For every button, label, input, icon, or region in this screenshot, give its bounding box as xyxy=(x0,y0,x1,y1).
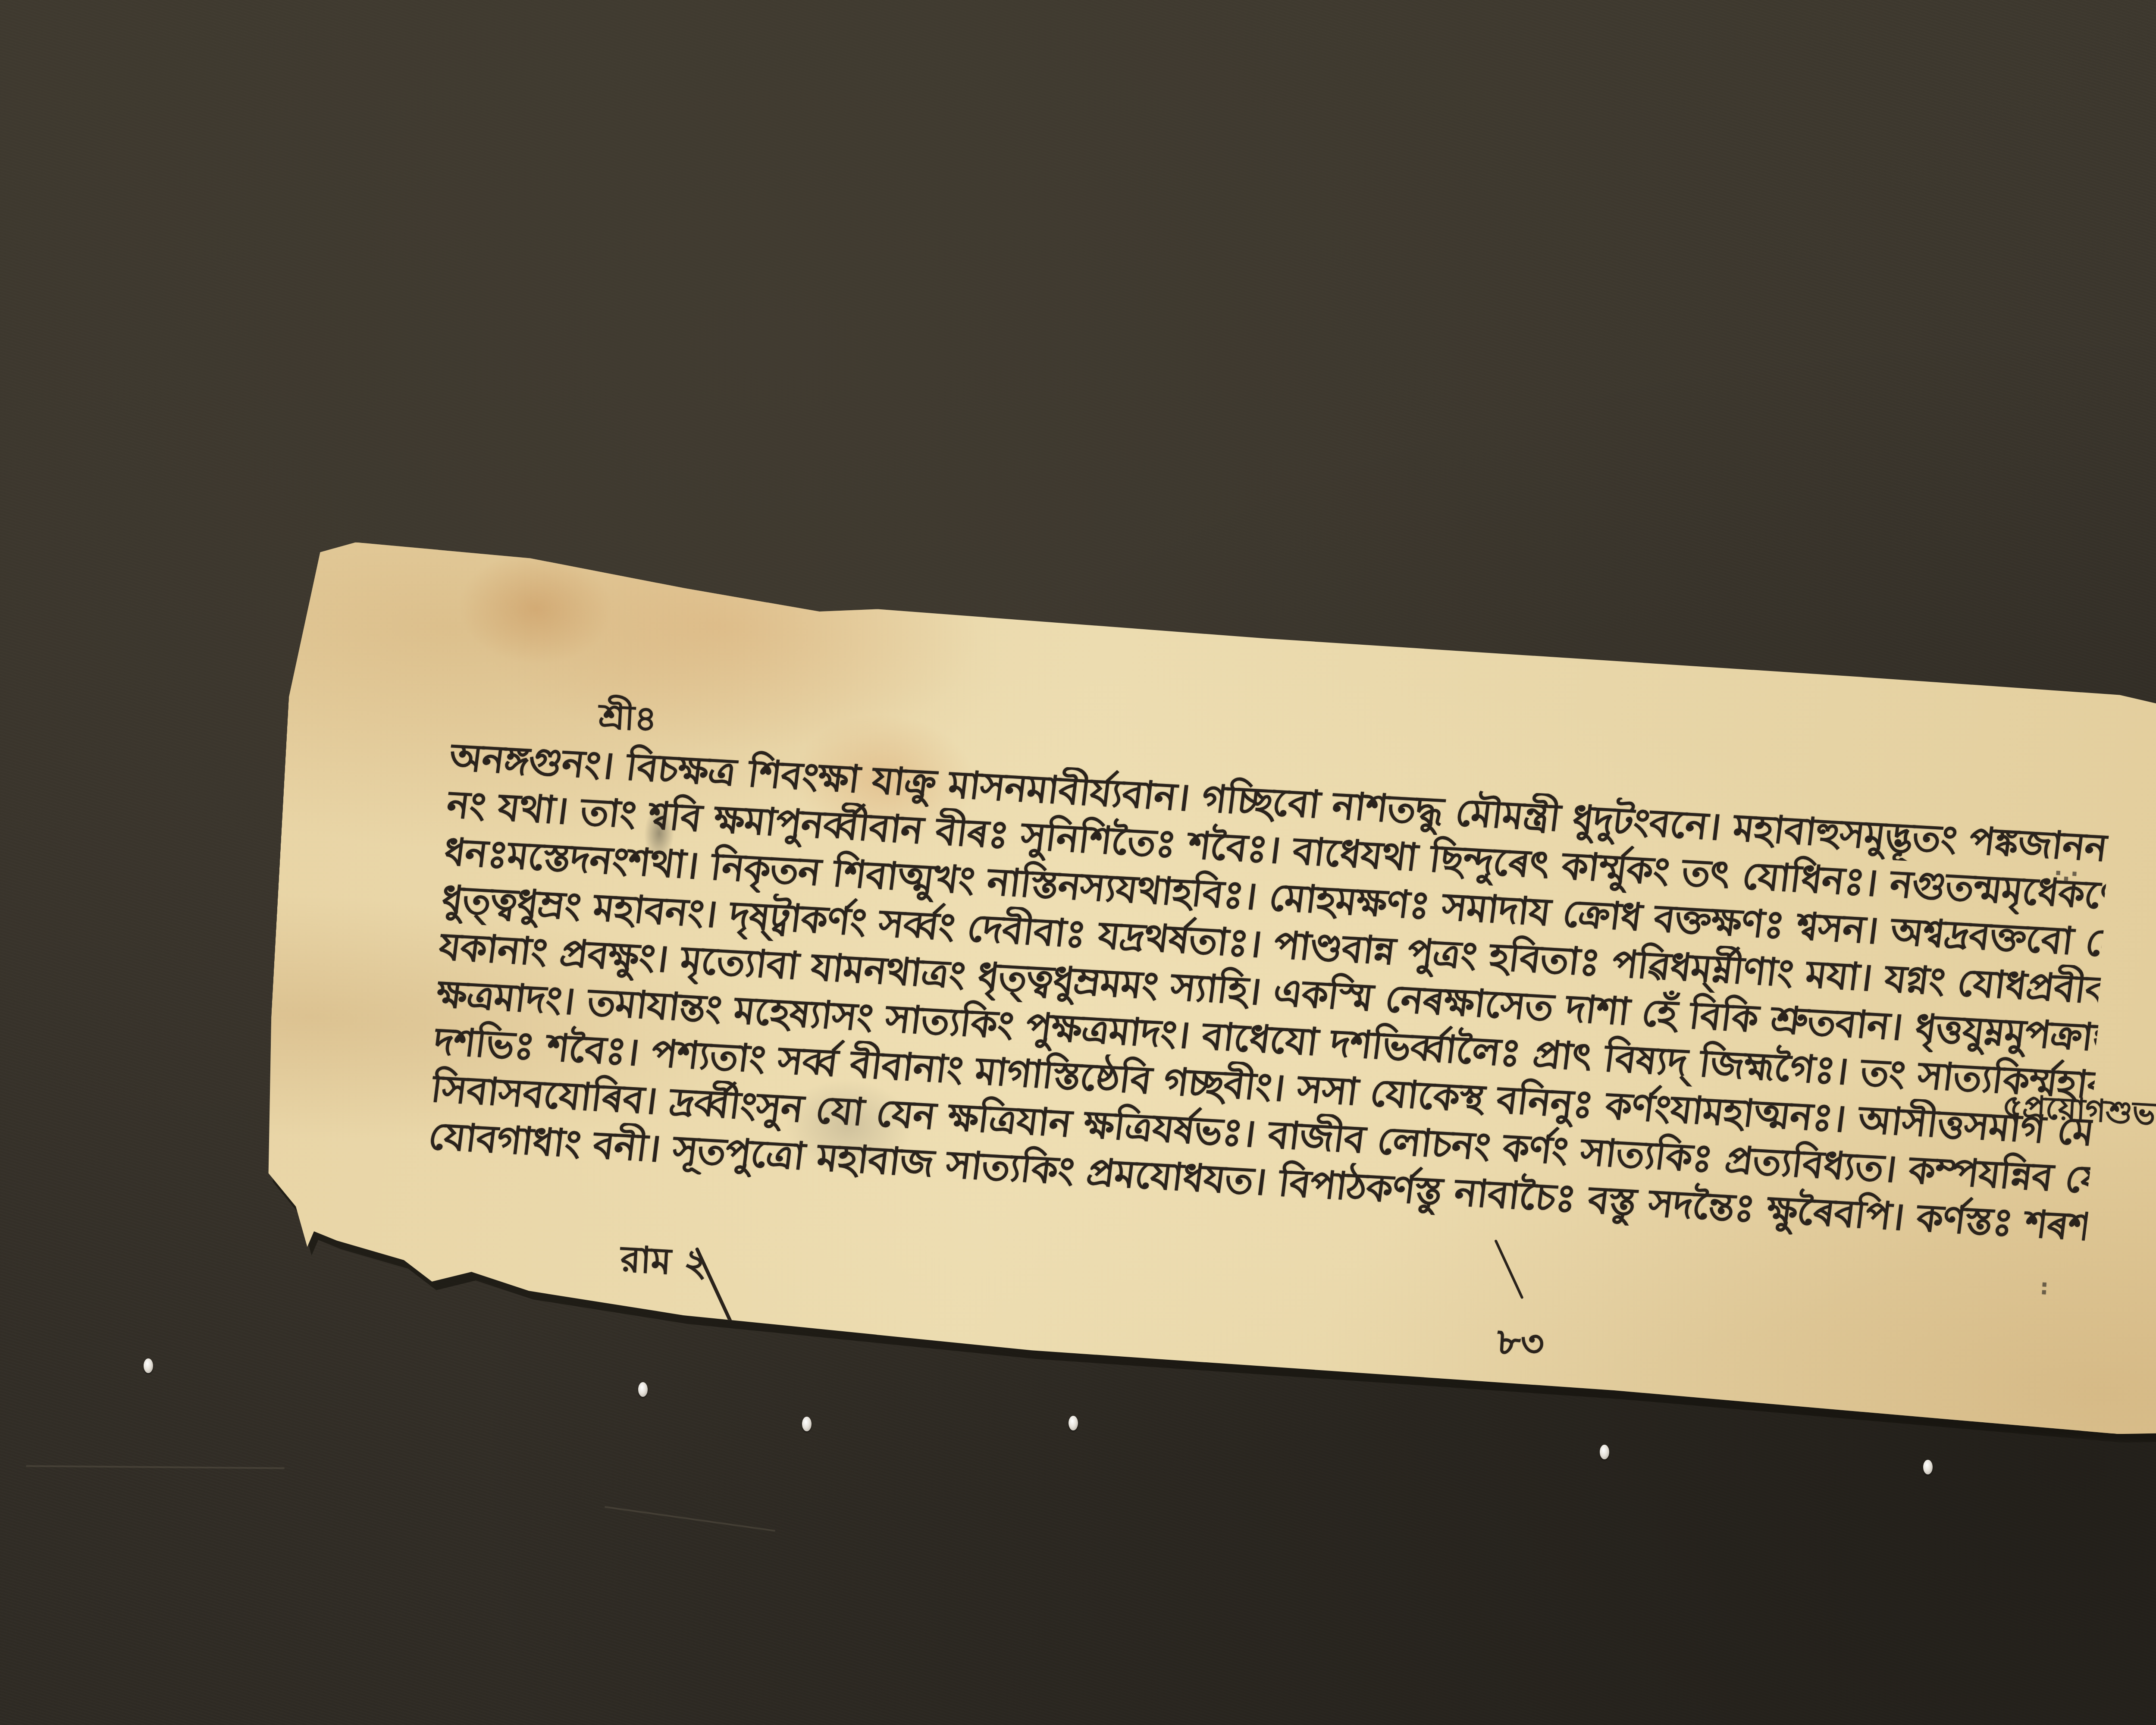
manuscript-text: অনঙ্গগুনং। বিচক্ষত্ৰ শিবংক্ষা যাক্রু মাস… xyxy=(427,733,2109,1251)
pin xyxy=(144,1358,153,1373)
pin xyxy=(802,1417,812,1431)
margin-note-right: ৫প্রয়োগশুভ xyxy=(2001,1082,2156,1142)
pin xyxy=(1923,1460,1933,1474)
pin xyxy=(638,1382,648,1397)
felt-scratch xyxy=(605,1506,776,1532)
margin-mark: : xyxy=(2039,1274,2049,1300)
felt-scratch xyxy=(26,1465,285,1469)
footer-page-number: ৮৩ xyxy=(1495,1314,1546,1377)
footer-left-label: রাম ২ xyxy=(619,1231,709,1296)
pin xyxy=(1069,1416,1078,1430)
ink-stroke xyxy=(1494,1239,1523,1299)
pin xyxy=(1600,1445,1609,1459)
margin-mark: ·.· xyxy=(2053,860,2079,887)
